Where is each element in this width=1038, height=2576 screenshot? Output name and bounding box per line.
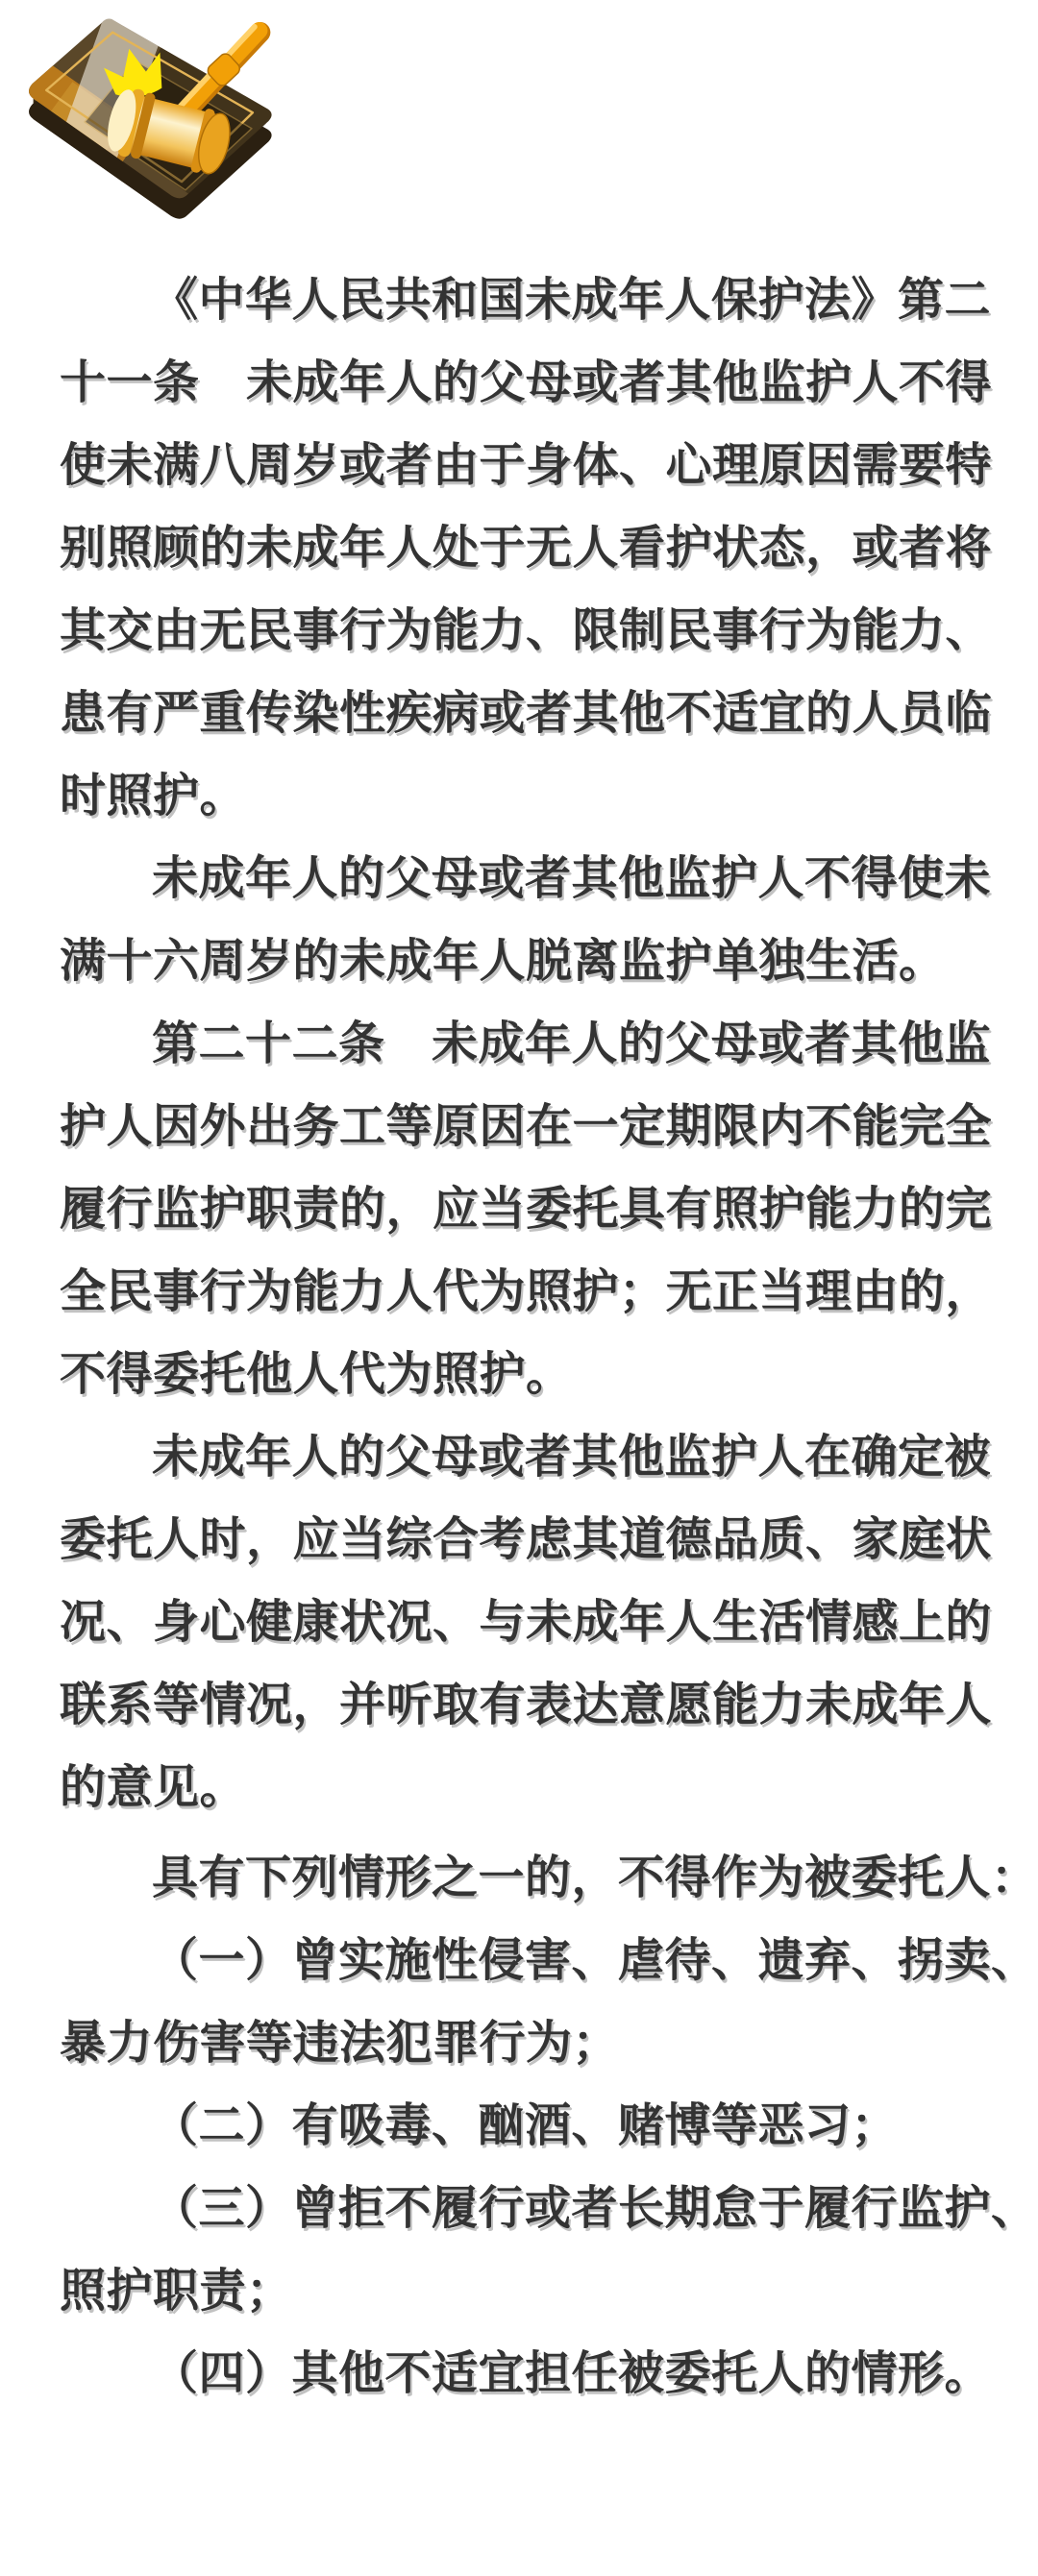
law-text-line: 暴力伤害等违法犯罪行为； — [60, 2002, 982, 2085]
law-text-line: 使未满八周岁或者由于身体、心理原因需要特 — [60, 425, 982, 507]
law-text-line: 具有下列情形之一的，不得作为被委托人： — [60, 1837, 982, 1920]
law-text-line: 的意见。 — [60, 1747, 982, 1829]
law-text-line: 全民事行为能力人代为照护；无正当理由的， — [60, 1251, 982, 1334]
law-text: 《中华人民共和国未成年人保护法》第二 十一条 未成年人的父母或者其他监护人不得 … — [60, 259, 982, 2416]
law-text-line: 未成年人的父母或者其他监护人在确定被 — [60, 1416, 982, 1499]
law-text-line: 况、身心健康状况、与未成年人生活情感上的 — [60, 1582, 982, 1664]
law-text-line: 十一条 未成年人的父母或者其他监护人不得 — [60, 342, 982, 425]
law-text-line: 履行监护职责的，应当委托具有照护能力的完 — [60, 1168, 982, 1251]
law-text-line: 第二十二条 未成年人的父母或者其他监 — [60, 1003, 982, 1086]
law-text-line: （四）其他不适宜担任被委托人的情形。 — [60, 2333, 982, 2416]
law-text-line: 其交由无民事行为能力、限制民事行为能力、 — [60, 590, 982, 673]
law-text-line: 联系等情况，并听取有表达意愿能力未成年人 — [60, 1664, 982, 1747]
law-text-line: 满十六周岁的未成年人脱离监护单独生活。 — [60, 920, 982, 1003]
law-text-line: （二）有吸毒、酗酒、赌博等恶习； — [60, 2085, 982, 2168]
law-text-line: 时照护。 — [60, 755, 982, 838]
law-text-line: 《中华人民共和国未成年人保护法》第二 — [60, 259, 982, 342]
page: 《中华人民共和国未成年人保护法》第二 十一条 未成年人的父母或者其他监护人不得 … — [0, 0, 1038, 2576]
law-text-line: 委托人时，应当综合考虑其道德品质、家庭状 — [60, 1499, 982, 1582]
law-text-line: 照护职责； — [60, 2250, 982, 2333]
law-text-line: 患有严重传染性疾病或者其他不适宜的人员临 — [60, 673, 982, 755]
law-text-line: 未成年人的父母或者其他监护人不得使未 — [60, 838, 982, 920]
law-text-line: （三）曾拒不履行或者长期怠于履行监护、 — [60, 2168, 982, 2250]
law-text-line: 不得委托他人代为照护。 — [60, 1334, 982, 1416]
law-book-gavel-icon — [21, 12, 283, 227]
law-text-line: （一）曾实施性侵害、虐待、遗弃、拐卖、 — [60, 1920, 982, 2002]
law-text-line: 别照顾的未成年人处于无人看护状态，或者将 — [60, 507, 982, 590]
law-book-gavel-graphic — [21, 12, 283, 227]
law-text-line: 护人因外出务工等原因在一定期限内不能完全 — [60, 1086, 982, 1168]
